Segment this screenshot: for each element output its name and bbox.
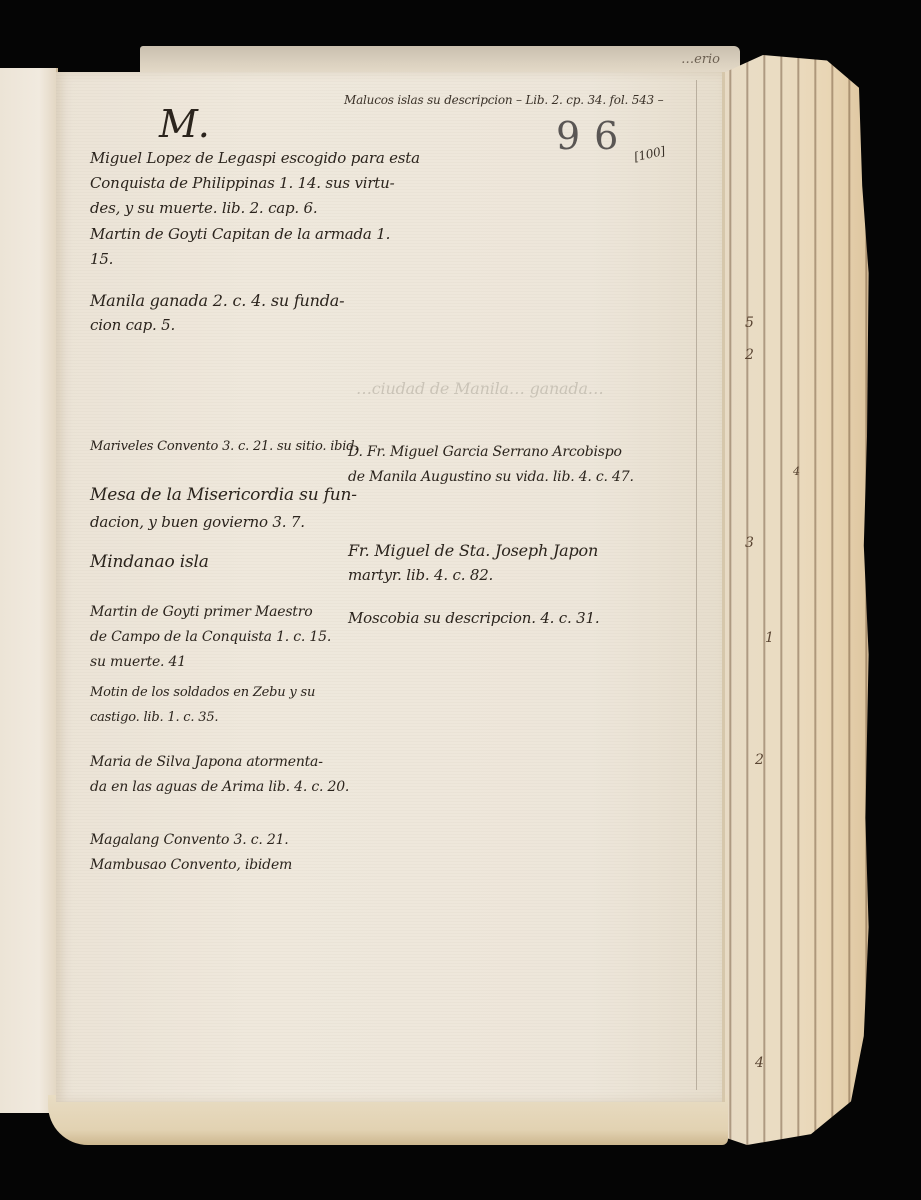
fore-edge-mark: 1 <box>765 630 774 646</box>
entry-line: Mariveles Convento 3. c. 21. su sitio. i… <box>90 434 358 459</box>
entry-line: Maria de Silva Japona atormenta- <box>90 750 349 775</box>
entry-line: Conquista de Philippinas 1. 14. sus virt… <box>90 171 420 196</box>
index-entry: Mesa de la Misericordia su fun- dacion, … <box>90 480 357 535</box>
entry-line: D. Fr. Miguel Garcia Serrano Arcobispo <box>348 440 634 465</box>
fore-edge-mark: 4 <box>793 465 800 478</box>
fore-edge-mark: 2 <box>755 752 764 768</box>
entry-line: da en las aguas de Arima lib. 4. c. 20. <box>90 775 349 800</box>
index-entry: Maria de Silva Japona atormenta- da en l… <box>90 750 349 800</box>
background-page-text: …erio <box>681 52 720 67</box>
index-entry: Martin de Goyti primer Maestro de Campo … <box>90 600 331 675</box>
entry-line: cion cap. 5. <box>90 313 344 338</box>
entry-line: Manila ganada 2. c. 4. su funda- <box>90 288 344 313</box>
header-reference-note: Malucos islas su descripcion – Lib. 2. c… <box>344 88 663 113</box>
index-entry: Magalang Convento 3. c. 21. Mambusao Con… <box>90 828 292 878</box>
folio-secondary-number: [100] <box>632 139 668 170</box>
facing-left-page <box>0 68 58 1113</box>
index-entry: Moscobia su descripcion. 4. c. 31. <box>348 606 599 631</box>
entry-line: Martin de Goyti primer Maestro <box>90 600 331 625</box>
fore-edge-mark: 4 <box>755 1055 764 1071</box>
fore-edge-mark: 2 <box>745 347 754 363</box>
index-entry: Mariveles Convento 3. c. 21. su sitio. i… <box>90 434 358 459</box>
index-entry: Martin de Goyti Capitan de la armada 1. … <box>90 222 390 272</box>
entry-line: Martin de Goyti Capitan de la armada 1. <box>90 222 390 247</box>
fore-edge-leaves: 5 2 4 3 1 2 4 <box>715 55 875 1145</box>
entry-line: martyr. lib. 4. c. 82. <box>348 563 598 588</box>
entry-line: Motin de los soldados en Zebu y su <box>90 680 315 705</box>
index-entry: Fr. Miguel de Sta. Joseph Japon martyr. … <box>348 538 598 588</box>
entry-line: su muerte. 41 <box>90 650 331 675</box>
entry-line: 15. <box>90 247 390 272</box>
entry-line: Magalang Convento 3. c. 21. <box>90 828 292 853</box>
index-entry: Manila ganada 2. c. 4. su funda- cion ca… <box>90 288 344 338</box>
entry-line: de Manila Augustino su vida. lib. 4. c. … <box>348 465 634 490</box>
entry-line: dacion, y buen govierno 3. 7. <box>90 510 357 535</box>
index-entry: Mindanao isla <box>90 550 209 575</box>
entry-line: Mambusao Convento, ibidem <box>90 853 292 878</box>
entry-line: Mesa de la Misericordia su fun- <box>90 480 357 510</box>
index-entry: Miguel Lopez de Legaspi escogido para es… <box>90 146 420 221</box>
entry-line: des, y su muerte. lib. 2. cap. 6. <box>90 196 420 221</box>
manuscript-page: M. Malucos islas su descripcion – Lib. 2… <box>56 72 725 1102</box>
entry-line: Mindanao isla <box>90 550 209 575</box>
folio-number: 96 <box>556 116 632 156</box>
entry-line: castigo. lib. 1. c. 35. <box>90 705 315 730</box>
margin-rule <box>696 80 697 1090</box>
index-letter-heading: M. <box>159 104 210 144</box>
entry-line: Moscobia su descripcion. 4. c. 31. <box>348 606 599 631</box>
fore-edge-mark: 3 <box>745 535 754 551</box>
entry-line: Fr. Miguel de Sta. Joseph Japon <box>348 538 598 563</box>
entry-line: Miguel Lopez de Legaspi escogido para es… <box>90 146 420 171</box>
faded-erased-text: …ciudad de Manila… ganada… <box>356 376 604 401</box>
index-entry: Motin de los soldados en Zebu y su casti… <box>90 680 315 730</box>
entry-line: de Campo de la Conquista 1. c. 15. <box>90 625 331 650</box>
page-bottom-curl <box>48 1095 728 1145</box>
index-entry: D. Fr. Miguel Garcia Serrano Arcobispo d… <box>348 440 634 490</box>
fore-edge-mark: 5 <box>745 315 754 331</box>
